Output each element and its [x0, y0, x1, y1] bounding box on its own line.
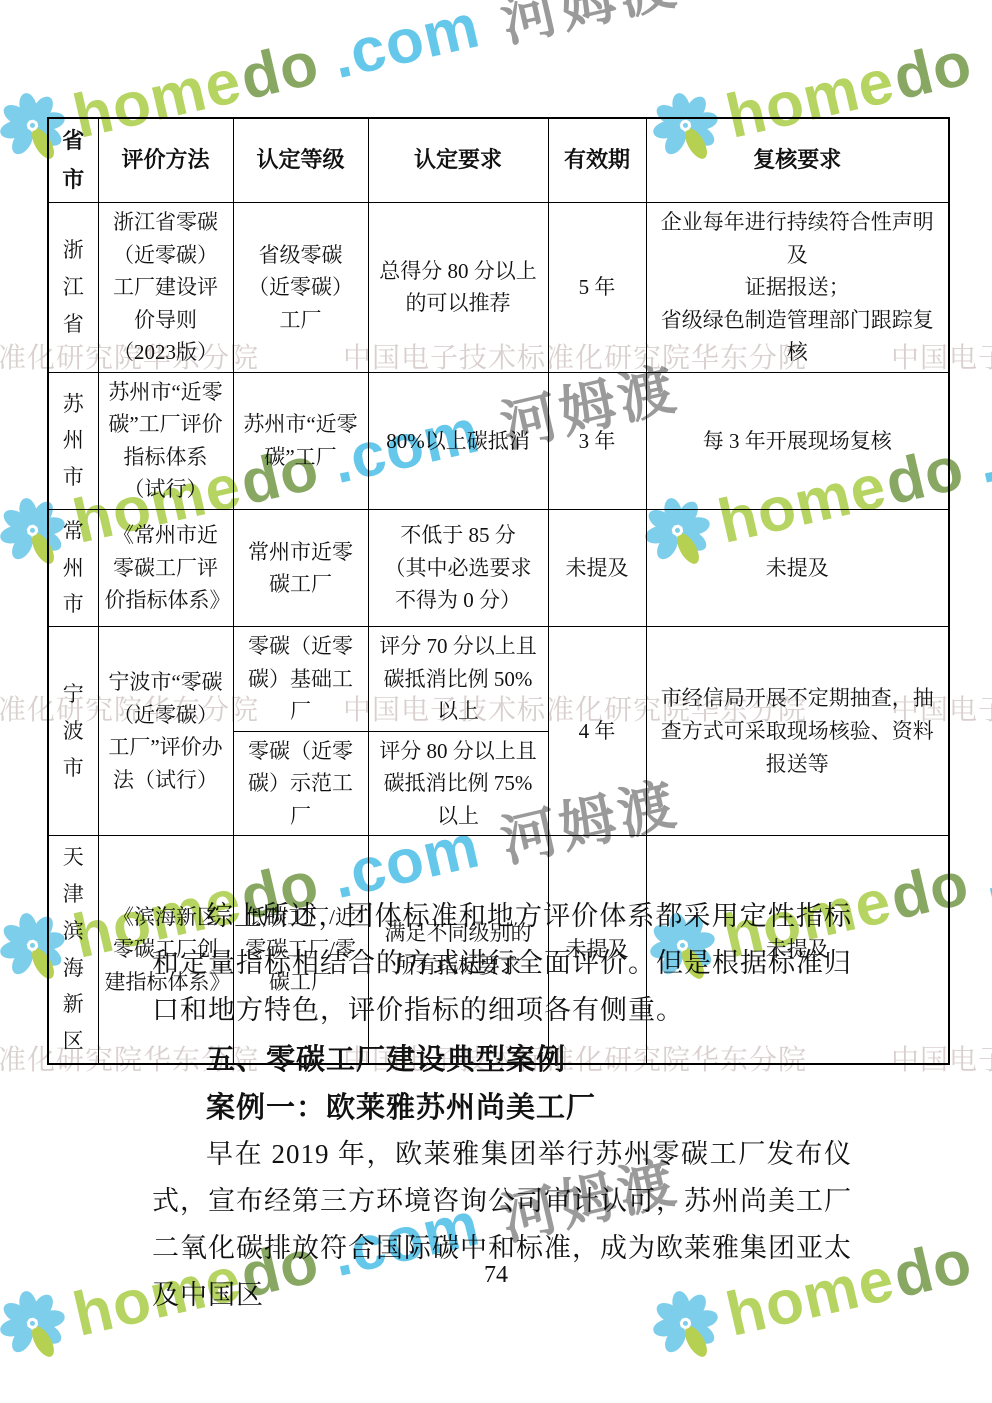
- table-row-suzhou: 苏州市 苏州市“近零碳”工厂评价指标体系（试行） 苏州市“近零碳”工厂 80%以…: [48, 372, 949, 509]
- cell-level: 常州市近零碳工厂: [233, 509, 368, 626]
- section-heading: 五、零碳工厂建设典型案例: [206, 1042, 566, 1078]
- cell-validity: 5 年: [548, 203, 646, 373]
- cell-city: 苏州市: [48, 372, 98, 509]
- header-method: 评价方法: [98, 118, 233, 203]
- cell-level: 零碳（近零碳）示范工厂: [233, 731, 368, 836]
- case-heading: 案例一：欧莱雅苏州尚美工厂: [206, 1090, 596, 1126]
- cell-level: 苏州市“近零碳”工厂: [233, 372, 368, 509]
- homedo-watermark-dotcom: .com: [325, 0, 486, 93]
- homedo-watermark-hemudu: 河姆渡: [492, 0, 685, 58]
- case-paragraph: 早在 2019 年，欧莱雅集团举行苏州零碳工厂发布仪式，宣布经第三方环境咨询公司…: [152, 1131, 852, 1319]
- header-city: 省市: [48, 118, 98, 203]
- header-validity: 有效期: [548, 118, 646, 203]
- cell-validity: 3 年: [548, 372, 646, 509]
- cell-requirement: 评分 80 分以上且碳抵消比例 75%以上: [368, 731, 548, 836]
- cell-level: 省级零碳（近零碳）工厂: [233, 203, 368, 373]
- cell-method: 《常州市近零碳工厂评价指标体系》: [98, 509, 233, 626]
- cell-method: 苏州市“近零碳”工厂评价指标体系（试行）: [98, 372, 233, 509]
- cell-method: 浙江省零碳（近零碳）工厂建设评价导则（2023版）: [98, 203, 233, 373]
- cell-requirement: 80%以上碳抵消: [368, 372, 548, 509]
- table-row-ningbo-basic: 宁波市 宁波市“零碳（近零碳）工厂”评价办法（试行） 零碳（近零碳）基础工厂 评…: [48, 627, 949, 732]
- cell-review: 未提及: [646, 509, 949, 626]
- table-row-zhejiang: 浙江省 浙江省零碳（近零碳）工厂建设评价导则（2023版） 省级零碳（近零碳）工…: [48, 203, 949, 373]
- homedo-watermark-text: do: [887, 27, 979, 114]
- cell-city: 浙江省: [48, 203, 98, 373]
- document-page: 中国电子技术标准化研究院华东分院中国电子技术标准化研究院华东分院中国电子技术标准…: [0, 0, 992, 1403]
- cell-validity: 未提及: [548, 509, 646, 626]
- cell-requirement: 总得分 80 分以上 的可以推荐: [368, 203, 548, 373]
- homedo-watermark-text: do: [234, 27, 326, 114]
- header-review: 复核要求: [646, 118, 949, 203]
- table-row-changzhou: 常州市 《常州市近零碳工厂评价指标体系》 常州市近零碳工厂 不低于 85 分 （…: [48, 509, 949, 626]
- cell-review: 市经信局开展不定期抽查，抽查方式可采取现场核验、资料报送等: [646, 627, 949, 836]
- cell-city: 常州市: [48, 509, 98, 626]
- cell-review: 每 3 年开展现场复核: [646, 372, 949, 509]
- homedo-watermark-dotcom: .com: [975, 810, 992, 913]
- page-number: 74: [0, 1262, 992, 1289]
- cell-requirement: 评分 70 分以上且碳抵消比例 50%以上: [368, 627, 548, 732]
- cell-level: 零碳（近零碳）基础工厂: [233, 627, 368, 732]
- cell-validity: 4 年: [548, 627, 646, 836]
- header-requirement: 认定要求: [368, 118, 548, 203]
- cell-review: 企业每年进行持续符合性声明及 证据报送； 省级绿色制造管理部门跟踪复核: [646, 203, 949, 373]
- homedo-watermark-dotcom: .com: [978, 0, 992, 93]
- header-level: 认定等级: [233, 118, 368, 203]
- cell-city: 天津滨海新区: [48, 836, 98, 1064]
- table-header-row: 省市 评价方法 认定等级 认定要求 有效期 复核要求: [48, 118, 949, 203]
- cell-requirement: 不低于 85 分 （其中必选要求不得为 0 分）: [368, 509, 548, 626]
- cell-city: 宁波市: [48, 627, 98, 836]
- homedo-watermark-dotcom: .com: [970, 395, 992, 498]
- summary-paragraph: 综上所述，团体标准和地方评价体系都采用定性指标和定量指标相结合的方式进行全面评价…: [152, 893, 852, 1034]
- cell-method: 宁波市“零碳（近零碳）工厂”评价办法（试行）: [98, 627, 233, 836]
- homedo-flower-logo-icon: [0, 1284, 73, 1367]
